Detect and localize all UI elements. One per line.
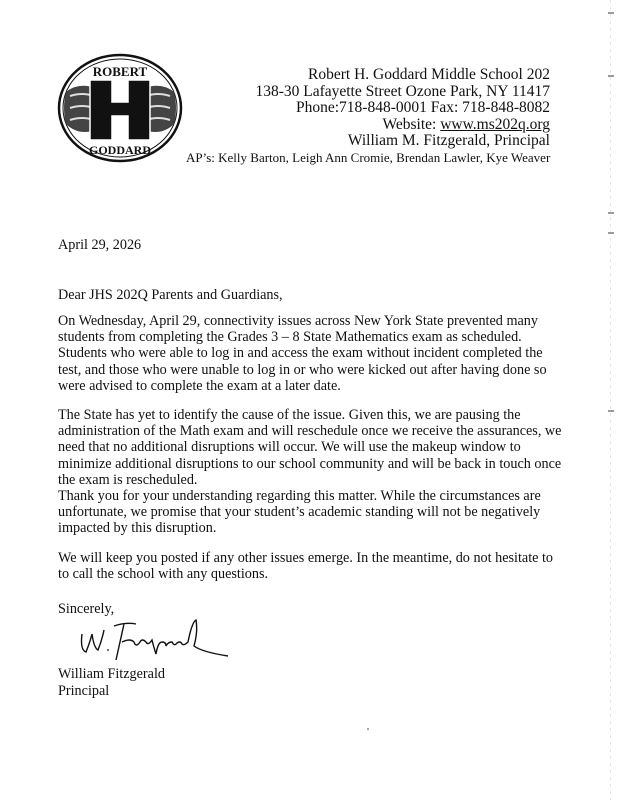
signer-name: William Fitzgerald	[58, 666, 165, 683]
svg-text:ROBERT: ROBERT	[93, 64, 148, 79]
scan-mark	[608, 232, 614, 234]
paragraph-line: We will keep you posted if any other iss…	[58, 550, 578, 566]
paragraph-line: unfortunate, we promise that your studen…	[58, 504, 578, 520]
website-link[interactable]: www.ms202q.org	[440, 116, 550, 133]
school-name: Robert H. Goddard Middle School 202	[255, 67, 550, 84]
paragraph-line: the exam is rescheduled.	[58, 472, 578, 488]
scan-mark	[608, 12, 614, 14]
paragraph-line: to call the school with any questions.	[58, 566, 578, 582]
paragraph: On Wednesday, April 29, connectivity iss…	[58, 313, 578, 394]
paragraph-line: administration of the Math exam and will…	[58, 423, 578, 439]
paragraph-line: Students who were able to log in and acc…	[58, 345, 578, 361]
paragraph-line: Thank you for your understanding regardi…	[58, 488, 578, 504]
svg-text:GODDARD: GODDARD	[89, 143, 151, 157]
school-address: 138-30 Lafayette Street Ozone Park, NY 1…	[255, 84, 550, 101]
paragraph: Thank you for your understanding regardi…	[58, 488, 578, 537]
principal-line: William M. Fitzgerald, Principal	[255, 133, 550, 150]
paragraph: The State has yet to identify the cause …	[58, 407, 578, 488]
phone-fax: Phone:718-848-0001 Fax: 718-848-8082	[255, 100, 550, 117]
website-label: Website:	[382, 116, 440, 133]
paragraph-line: impacted by this disruption.	[58, 520, 578, 536]
paragraph-line: On Wednesday, April 29, connectivity iss…	[58, 313, 578, 329]
letterhead: Robert H. Goddard Middle School 202 138-…	[255, 67, 550, 150]
scan-edge-divider	[610, 0, 611, 800]
school-logo: ROBERT GODDARD	[56, 52, 184, 164]
paragraph: We will keep you posted if any other iss…	[58, 550, 578, 582]
signature-icon	[78, 612, 238, 664]
paragraph-line: test, and those who were unable to log i…	[58, 362, 578, 378]
assistant-principals: AP’s: Kelly Barton, Leigh Ann Cromie, Br…	[186, 150, 550, 166]
letter-page: ROBERT GODDARD Robert H. Goddard Middle …	[0, 0, 618, 800]
signer-block: William Fitzgerald Principal	[58, 666, 165, 700]
paragraph-line: The State has yet to identify the cause …	[58, 407, 578, 423]
paragraph-line: minimize additional disruptions to our s…	[58, 456, 578, 472]
paragraph-line: were advised to complete the exam at a l…	[58, 378, 578, 394]
scan-speck	[367, 728, 369, 730]
letter-date: April 29, 2026	[58, 237, 141, 254]
scan-mark	[608, 212, 614, 214]
paragraph-line: students from completing the Grades 3 – …	[58, 329, 578, 345]
signer-title: Principal	[58, 683, 165, 700]
scan-mark	[608, 410, 614, 412]
website-line: Website: www.ms202q.org	[255, 117, 550, 134]
salutation: Dear JHS 202Q Parents and Guardians,	[58, 287, 283, 304]
paragraph-line: need that no additional disruptions will…	[58, 439, 578, 455]
scan-mark	[608, 75, 614, 77]
